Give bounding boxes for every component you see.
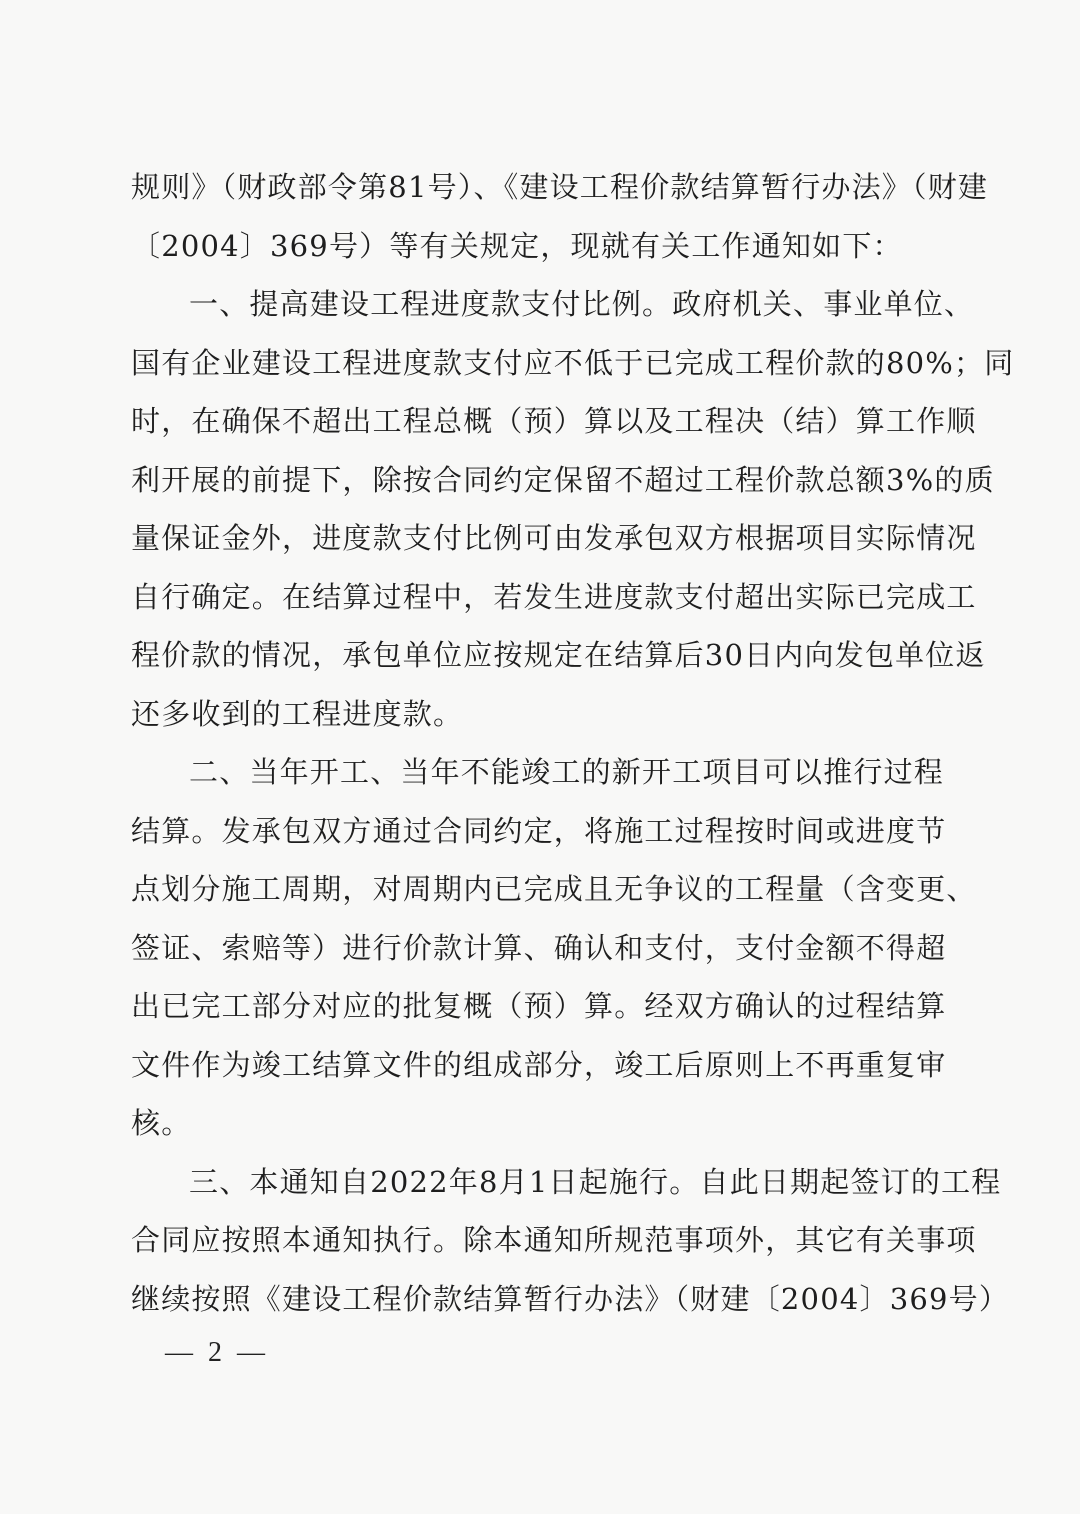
section-3-heading-line: 三、本通知自2022年8月1日起施行。自此日期起签订的工程 [131,1153,941,1212]
text-line: 核。 [131,1094,941,1153]
text-line: 程价款的情况，承包单位应按规定在结算后30日内向发包单位返 [131,626,941,685]
section-2-heading-line: 二、当年开工、当年不能竣工的新开工项目可以推行过程 [131,743,941,802]
text-line: 利开展的前提下，除按合同约定保留不超过工程价款总额3%的质 [131,451,941,510]
text-line: 量保证金外，进度款支付比例可由发承包双方根据项目实际情况 [131,509,941,568]
text-line: 文件作为竣工结算文件的组成部分，竣工后原则上不再重复审 [131,1036,941,1095]
section-1-heading-line: 一、提高建设工程进度款支付比例。政府机关、事业单位、 [131,275,941,334]
text-line: 继续按照《建设工程价款结算暂行办法》（财建〔2004〕369号） [131,1270,941,1329]
text-line: 合同应按照本通知执行。除本通知所规范事项外，其它有关事项 [131,1211,941,1270]
text-line: 还多收到的工程进度款。 [131,685,941,744]
text-line: 规则》（财政部令第81号）、《建设工程价款结算暂行办法》（财建 [131,158,941,217]
text-line: 国有企业建设工程进度款支付应不低于已完成工程价款的80%；同 [131,334,941,393]
text-line: 结算。发承包双方通过合同约定，将施工过程按时间或进度节 [131,802,941,861]
text-line: 时，在确保不超出工程总概（预）算以及工程决（结）算工作顺 [131,392,941,451]
text-line: 自行确定。在结算过程中，若发生进度款支付超出实际已完成工 [131,568,941,627]
body-text: 规则》（财政部令第81号）、《建设工程价款结算暂行办法》（财建 〔2004〕36… [131,158,941,1328]
text-line: 出已完工部分对应的批复概（预）算。经双方确认的过程结算 [131,977,941,1036]
document-page: 规则》（财政部令第81号）、《建设工程价款结算暂行办法》（财建 〔2004〕36… [0,0,1080,1514]
text-line: 〔2004〕369号）等有关规定，现就有关工作通知如下： [131,217,941,276]
text-line: 签证、索赔等）进行价款计算、确认和支付，支付金额不得超 [131,919,941,978]
page-number: — 2 — [165,1333,269,1373]
text-line: 点划分施工周期，对周期内已完成且无争议的工程量（含变更、 [131,860,941,919]
